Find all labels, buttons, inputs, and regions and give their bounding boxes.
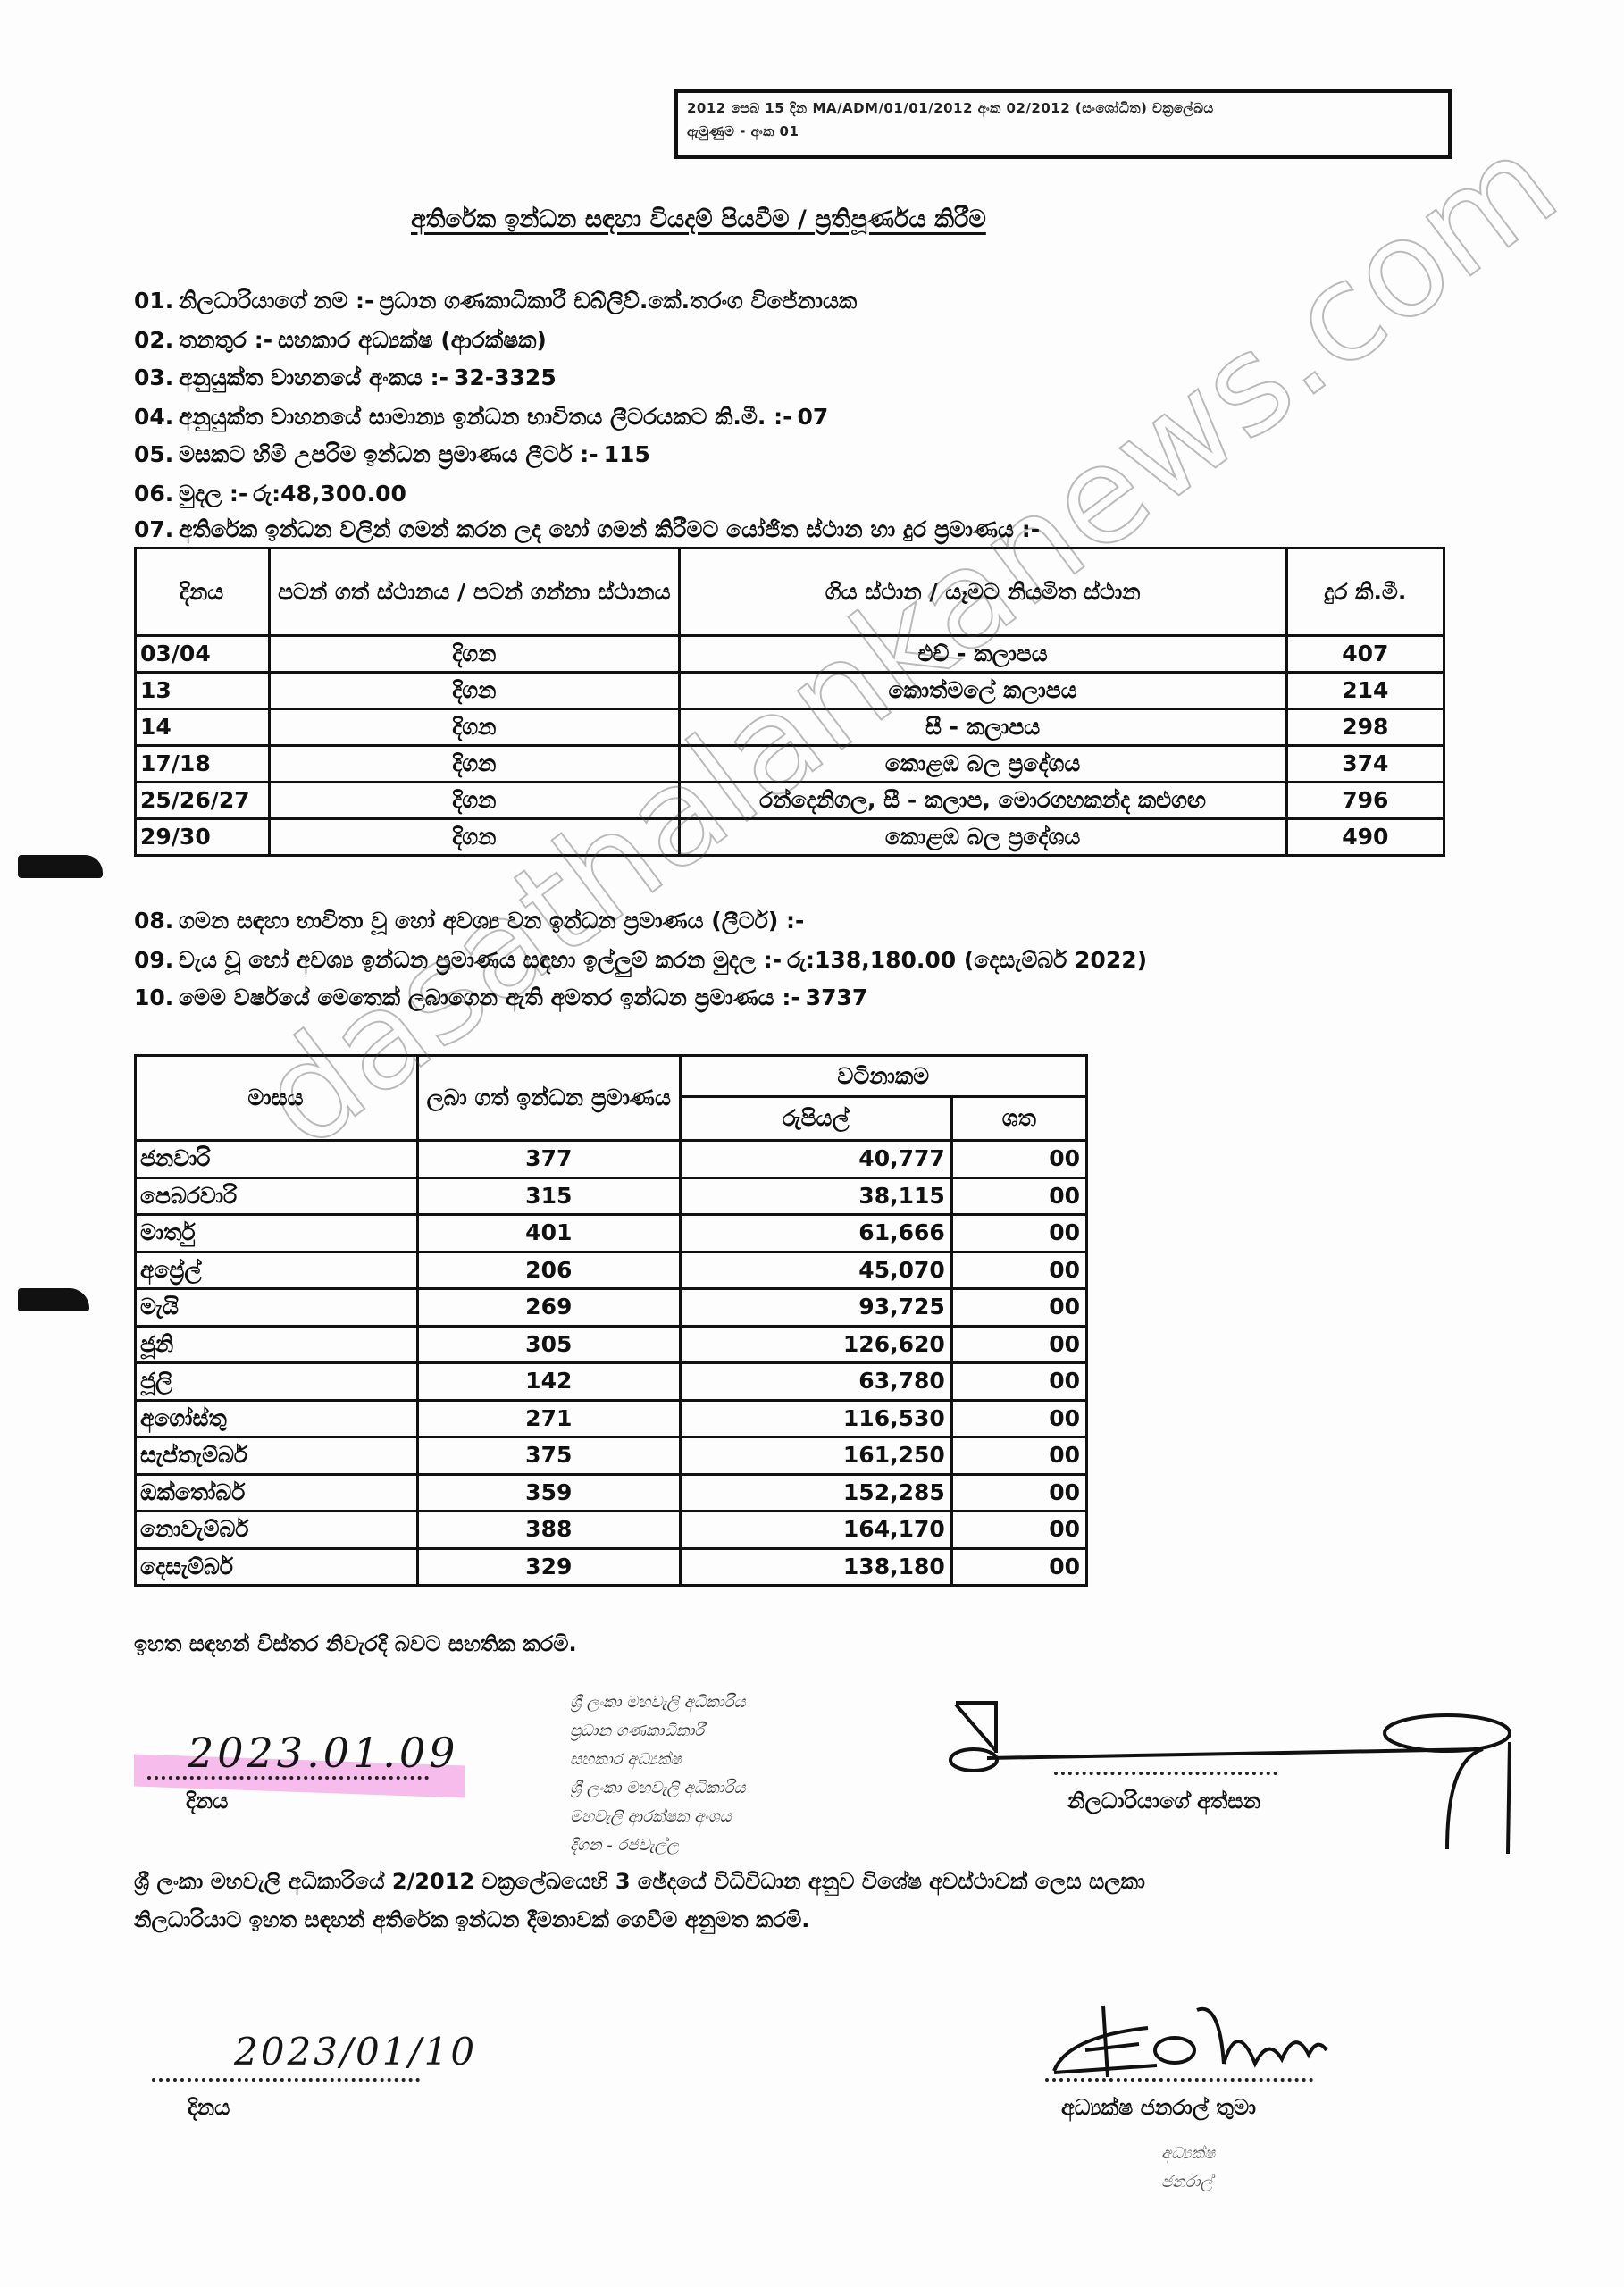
fuel-quantity: 206 bbox=[417, 1252, 680, 1289]
value-rupees: 116,530 bbox=[680, 1400, 951, 1437]
field-label: ගමන සඳහා භාවිතා වූ හෝ අවශ්‍ය වන ඉන්ධන ප්… bbox=[179, 908, 804, 934]
officer-signature bbox=[947, 1697, 1554, 1876]
field-number: 03. bbox=[134, 364, 179, 390]
month-row: ජූනි305126,62000 bbox=[136, 1326, 1087, 1363]
stamp-line: ශ්‍රී ලංකා මහවැලි අධිකාරිය bbox=[570, 1688, 745, 1717]
value-cents: 00 bbox=[951, 1252, 1086, 1289]
trip-date: 13 bbox=[136, 673, 270, 709]
form-field-08: 08.ගමන සඳහා භාවිතා වූ හෝ අවශ්‍ය වන ඉන්ධන… bbox=[134, 908, 809, 934]
value-cents: 00 bbox=[951, 1177, 1086, 1215]
trip-distance: 374 bbox=[1286, 746, 1444, 783]
value-rupees: 63,780 bbox=[680, 1363, 951, 1401]
field-label: නිලධාරියාගේ නම :- bbox=[179, 288, 373, 314]
field-number: 04. bbox=[134, 404, 179, 430]
form-field-01: 01.නිලධාරියාගේ නම :-ප්‍රධාන ගණකාධිකාරී ඩ… bbox=[134, 288, 857, 314]
field-label: අනුයුක්ත වාහනයේ අංකය :- bbox=[179, 364, 448, 390]
form-field-04: 04.අනුයුක්ත වාහනයේ සාමාන්‍ය ඉන්ධන භාවිතය… bbox=[134, 404, 828, 431]
certification-text: ඉහත සඳහන් විස්තර නිවැරදි බවට සහතික කරමි. bbox=[134, 1631, 577, 1656]
reference-box: 2012 පෙබ 15 දින MA/ADM/01/01/2012 අංක 02… bbox=[674, 89, 1452, 159]
stamp-line: ශ්‍රී ලංකා මහවැලි අධිකාරිය bbox=[570, 1774, 745, 1803]
month-row: අගෝස්තු271116,53000 bbox=[136, 1400, 1087, 1437]
form-field-09: 09.වැය වූ හෝ අවශ්‍ය ඉන්ධන ප්‍රමාණය සඳහා … bbox=[134, 947, 1147, 974]
field-number: 02. bbox=[134, 327, 179, 353]
month-name: පෙබරවාරි bbox=[136, 1177, 418, 1215]
value-cents: 00 bbox=[951, 1215, 1086, 1252]
field-label: අතිරේක ඉන්ධන වලින් ගමන් කරන ලද හෝ ගමන් ක… bbox=[179, 516, 1040, 542]
month-row: සැප්තැම්බර්375161,25000 bbox=[136, 1437, 1087, 1475]
value-rupees: 40,777 bbox=[680, 1141, 951, 1178]
form-field-02: 02.තනතුර :-සහකාර අධ්‍යක්ෂ (ආරක්ෂක) bbox=[134, 327, 547, 354]
month-name: ජූලි bbox=[136, 1363, 418, 1401]
value-cents: 00 bbox=[951, 1548, 1086, 1586]
header-distance: දුර කි.මී. bbox=[1286, 549, 1444, 636]
month-name: සැප්තැම්බර් bbox=[136, 1437, 418, 1475]
form-field-07: 07.අතිරේක ඉන්ධන වලින් ගමන් කරන ලද හෝ ගමන… bbox=[134, 516, 1045, 543]
reference-line-2: ඇමුණුම - අංක 01 bbox=[687, 120, 1439, 143]
fuel-quantity: 142 bbox=[417, 1363, 680, 1401]
trip-distance: 407 bbox=[1286, 636, 1444, 673]
form-field-05: 05.මසකට හිමි උපරිම ඉන්ධන ප්‍රමාණය ලීටර් … bbox=[134, 441, 650, 468]
trip-destination: එච් - කලාපය bbox=[679, 636, 1286, 673]
stamp-line: ප්‍රධාන ගණකාධිකාරී bbox=[570, 1717, 745, 1746]
stamp-line: සහකාර අධ්‍යක්ෂ bbox=[570, 1746, 745, 1774]
month-name: මැයි bbox=[136, 1289, 418, 1327]
field-value: 3737 bbox=[806, 984, 868, 1010]
value-rupees: 45,070 bbox=[680, 1252, 951, 1289]
value-cents: 00 bbox=[951, 1289, 1086, 1327]
header-cents: ශත bbox=[951, 1097, 1086, 1141]
header-quantity: ලබා ගත් ඉන්ධන ප්‍රමාණය bbox=[417, 1056, 680, 1141]
field-label: මසකට හිමි උපරිම ඉන්ධන ප්‍රමාණය ලීටර් :- bbox=[179, 441, 599, 467]
month-name: මාර්තු bbox=[136, 1215, 418, 1252]
fuel-quantity: 271 bbox=[417, 1400, 680, 1437]
field-number: 10. bbox=[134, 984, 179, 1010]
month-name: ජනවාරි bbox=[136, 1141, 418, 1178]
trip-start: දිගන bbox=[270, 709, 679, 746]
trip-date: 29/30 bbox=[136, 819, 270, 856]
value-cents: 00 bbox=[951, 1474, 1086, 1512]
trip-destination: කොළඹ බල ප්‍රදේශය bbox=[679, 746, 1286, 783]
form-field-06: 06.මුදල :-රු:48,300.00 bbox=[134, 481, 406, 507]
trip-distance: 490 bbox=[1286, 819, 1444, 856]
month-name: නොවැම්බර් bbox=[136, 1512, 418, 1549]
fuel-quantity: 401 bbox=[417, 1215, 680, 1252]
approval-date-value: 2023/01/10 bbox=[234, 2030, 477, 2073]
document-title: අතිරේක ඉන්ධන සඳහා වියදම් පියවීම / ප්‍රති… bbox=[411, 205, 986, 234]
stamp-line: අධ්‍යක්ෂ bbox=[1161, 2140, 1215, 2168]
director-general-stamp: අධ්‍යක්ෂජනරාල් bbox=[1161, 2140, 1215, 2197]
approval-date-label: දිනය bbox=[188, 2095, 230, 2120]
value-cents: 00 bbox=[951, 1326, 1086, 1363]
trip-row: 29/30දිගනකොළඹ බල ප්‍රදේශය490 bbox=[136, 819, 1444, 856]
header-start-place: පටන් ගත් ස්ථානය / පටන් ගන්නා ස්ථානය bbox=[270, 549, 679, 636]
fuel-quantity: 329 bbox=[417, 1548, 680, 1586]
header-value: වටිනාකම bbox=[680, 1056, 1086, 1097]
fuel-quantity: 269 bbox=[417, 1289, 680, 1327]
trip-destination: කොළඹ බල ප්‍රදේශය bbox=[679, 819, 1286, 856]
trip-start: දිගන bbox=[270, 746, 679, 783]
value-rupees: 138,180 bbox=[680, 1548, 951, 1586]
field-label: තනතුර :- bbox=[179, 327, 272, 353]
margin-mark bbox=[18, 1288, 89, 1311]
trip-start: දිගන bbox=[270, 636, 679, 673]
value-rupees: 38,115 bbox=[680, 1177, 951, 1215]
value-cents: 00 bbox=[951, 1363, 1086, 1401]
value-rupees: 93,725 bbox=[680, 1289, 951, 1327]
officer-signature-line bbox=[1054, 1772, 1277, 1775]
trip-date: 14 bbox=[136, 709, 270, 746]
fuel-quantity: 305 bbox=[417, 1326, 680, 1363]
reference-line-1: 2012 පෙබ 15 දින MA/ADM/01/01/2012 අංක 02… bbox=[687, 96, 1439, 120]
trip-row: 13දිගනකොත්මලේ කලාපය214 bbox=[136, 673, 1444, 709]
fuel-quantity: 388 bbox=[417, 1512, 680, 1549]
month-row: මාර්තු40161,66600 bbox=[136, 1215, 1087, 1252]
trip-start: දිගන bbox=[270, 673, 679, 709]
trips-table: දිනය පටන් ගත් ස්ථානය / පටන් ගන්නා ස්ථානය… bbox=[134, 547, 1445, 857]
value-cents: 00 bbox=[951, 1437, 1086, 1475]
header-rupees: රුපියල් bbox=[680, 1097, 951, 1141]
trip-destination: සී - කලාපය bbox=[679, 709, 1286, 746]
director-general-label: අධ්‍යක්ෂ ජනරාල් තුමා bbox=[1061, 2095, 1256, 2120]
header-date: දිනය bbox=[136, 549, 270, 636]
officer-date-line bbox=[147, 1776, 429, 1780]
month-row: මැයි26993,72500 bbox=[136, 1289, 1087, 1327]
director-general-signature bbox=[1041, 2001, 1380, 2090]
officer-date-value: 2023.01.09 bbox=[188, 1729, 458, 1777]
field-value: ප්‍රධාන ගණකාධිකාරී ඩබ්ලිව්.කේ.තරංග විජේන… bbox=[379, 288, 857, 314]
officer-signature-label: නිලධාරියාගේ අත්සන bbox=[1067, 1789, 1260, 1814]
month-name: දෙසැම්බර් bbox=[136, 1548, 418, 1586]
month-name: ජූනි bbox=[136, 1326, 418, 1363]
fuel-quantity: 375 bbox=[417, 1437, 680, 1475]
month-name: අගෝස්තු bbox=[136, 1400, 418, 1437]
officer-stamp: ශ්‍රී ලංකා මහවැලි අධිකාරියප්‍රධාන ගණකාධි… bbox=[570, 1688, 745, 1860]
monthly-fuel-table: මාසය ලබා ගත් ඉන්ධන ප්‍රමාණය වටිනාකම රුපි… bbox=[134, 1054, 1088, 1587]
form-field-03: 03.අනුයුක්ත වාහනයේ අංකය :-32-3325 bbox=[134, 364, 557, 391]
trip-row: 25/26/27දිගනරන්දෙනිගල, සී - කලාප, මොරගහක… bbox=[136, 783, 1444, 819]
stamp-line: දිගන - රජවැල්ල bbox=[570, 1831, 745, 1860]
trip-date: 25/26/27 bbox=[136, 783, 270, 819]
header-month: මාසය bbox=[136, 1056, 418, 1141]
approval-date-line bbox=[152, 2078, 420, 2082]
trip-destination: කොත්මලේ කලාපය bbox=[679, 673, 1286, 709]
trip-distance: 298 bbox=[1286, 709, 1444, 746]
month-row: ජූලි14263,78000 bbox=[136, 1363, 1087, 1401]
header-destination: ගිය ස්ථාන / යෑමට නියමිත ස්ථාන bbox=[679, 549, 1286, 636]
trip-row: 03/04දිගනඑච් - කලාපය407 bbox=[136, 636, 1444, 673]
value-rupees: 164,170 bbox=[680, 1512, 951, 1549]
form-field-10: 10.මෙම වර්ෂයේ මෙතෙක් ලබාගෙන ඇති අමතර ඉන්… bbox=[134, 984, 867, 1011]
trip-date: 17/18 bbox=[136, 746, 270, 783]
month-row: පෙබරවාරි31538,11500 bbox=[136, 1177, 1087, 1215]
field-value: සහකාර අධ්‍යක්ෂ (ආරක්ෂක) bbox=[278, 327, 547, 353]
field-value: රු:138,180.00 (දෙසැම්බර් 2022) bbox=[787, 947, 1147, 973]
month-row: නොවැම්බර්388164,17000 bbox=[136, 1512, 1087, 1549]
field-number: 08. bbox=[134, 908, 179, 934]
field-label: අනුයුක්ත වාහනයේ සාමාන්‍ය ඉන්ධන භාවිතය ලී… bbox=[179, 404, 791, 430]
value-cents: 00 bbox=[951, 1400, 1086, 1437]
field-number: 09. bbox=[134, 947, 179, 973]
trip-distance: 214 bbox=[1286, 673, 1444, 709]
trip-start: දිගන bbox=[270, 783, 679, 819]
field-number: 01. bbox=[134, 288, 179, 314]
value-rupees: 126,620 bbox=[680, 1326, 951, 1363]
fuel-quantity: 359 bbox=[417, 1474, 680, 1512]
field-label: මුදල :- bbox=[179, 481, 247, 507]
monthly-header-row-1: මාසය ලබා ගත් ඉන්ධන ප්‍රමාණය වටිනාකම bbox=[136, 1056, 1087, 1097]
value-rupees: 161,250 bbox=[680, 1437, 951, 1475]
trips-header-row: දිනය පටන් ගත් ස්ථානය / පටන් ගන්නා ස්ථානය… bbox=[136, 549, 1444, 636]
field-value: 32-3325 bbox=[454, 364, 557, 390]
trip-row: 14දිගනසී - කලාපය298 bbox=[136, 709, 1444, 746]
stamp-line: මහවැලි ආරක්ෂක අංශය bbox=[570, 1803, 745, 1831]
trip-destination: රන්දෙනිගල, සී - කලාප, මොරගහකන්ද කළුගඟ bbox=[679, 783, 1286, 819]
trip-start: දිගන bbox=[270, 819, 679, 856]
value-cents: 00 bbox=[951, 1141, 1086, 1178]
trip-row: 17/18දිගනකොළඹ බල ප්‍රදේශය374 bbox=[136, 746, 1444, 783]
fuel-quantity: 377 bbox=[417, 1141, 680, 1178]
approval-text-1: ශ්‍රී ලංකා මහවැලි අධිකාරියේ 2/2012 චක්‍ර… bbox=[134, 1869, 1145, 1894]
month-row: ජනවාරි37740,77700 bbox=[136, 1141, 1087, 1178]
trip-date: 03/04 bbox=[136, 636, 270, 673]
approval-text-2: නිලධාරියාට ඉහත සඳහන් අතිරේක ඉන්ධන දීමනාව… bbox=[134, 1907, 809, 1932]
margin-mark bbox=[18, 855, 103, 878]
field-value: 115 bbox=[604, 441, 650, 467]
field-value: 07 bbox=[797, 404, 828, 430]
month-name: ඔක්තෝබර් bbox=[136, 1474, 418, 1512]
month-row: දෙසැම්බර්329138,18000 bbox=[136, 1548, 1087, 1586]
month-row: අප්‍රේල්20645,07000 bbox=[136, 1252, 1087, 1289]
trip-distance: 796 bbox=[1286, 783, 1444, 819]
field-number: 05. bbox=[134, 441, 179, 467]
field-number: 06. bbox=[134, 481, 179, 507]
value-cents: 00 bbox=[951, 1512, 1086, 1549]
fuel-quantity: 315 bbox=[417, 1177, 680, 1215]
field-value: රු:48,300.00 bbox=[253, 481, 406, 507]
field-number: 07. bbox=[134, 516, 179, 542]
value-rupees: 61,666 bbox=[680, 1215, 951, 1252]
field-label: වැය වූ හෝ අවශ්‍ය ඉන්ධන ප්‍රමාණය සඳහා ඉල්… bbox=[179, 947, 782, 973]
month-name: අප්‍රේල් bbox=[136, 1252, 418, 1289]
month-row: ඔක්තෝබර්359152,28500 bbox=[136, 1474, 1087, 1512]
director-general-signature-line bbox=[1045, 2078, 1313, 2082]
stamp-line: ජනරාල් bbox=[1161, 2168, 1215, 2197]
value-rupees: 152,285 bbox=[680, 1474, 951, 1512]
officer-date-label: දිනය bbox=[186, 1789, 228, 1814]
field-label: මෙම වර්ෂයේ මෙතෙක් ලබාගෙන ඇති අමතර ඉන්ධන … bbox=[179, 984, 800, 1010]
